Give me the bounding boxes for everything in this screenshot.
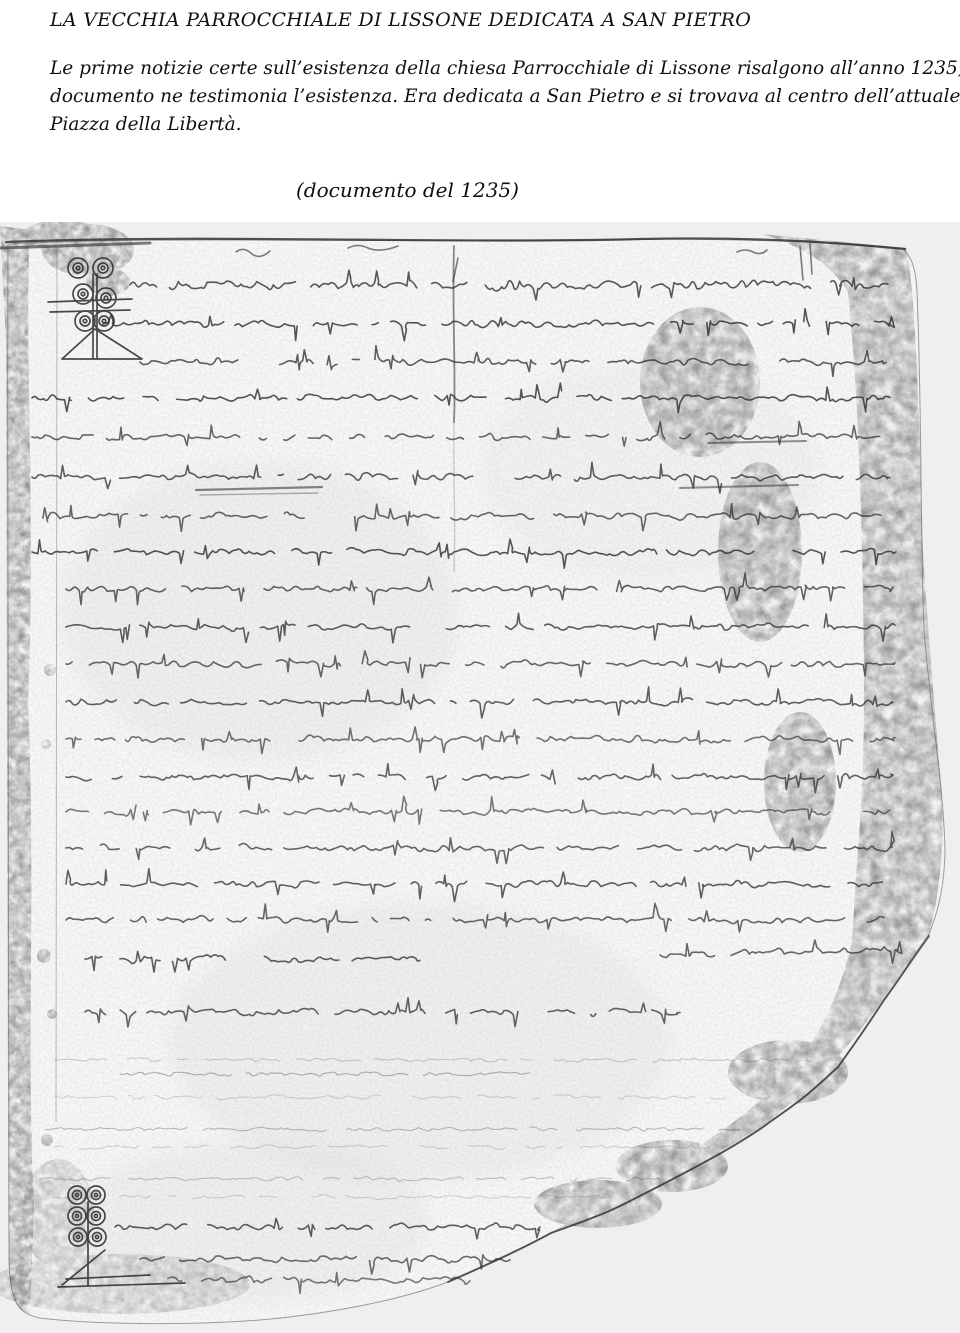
manuscript-scan-1235 — [0, 222, 960, 1333]
figure-caption: (documento del 1235) — [296, 178, 519, 202]
parchment-scan-image — [0, 222, 960, 1333]
document-page: { "header": { "title": "LA VECCHIA PARRO… — [0, 0, 960, 1333]
page-title: LA VECCHIA PARROCCHIALE DI LISSONE DEDIC… — [50, 9, 751, 31]
intro-paragraph: Le prime notizie certe sull’esistenza de… — [50, 55, 958, 139]
